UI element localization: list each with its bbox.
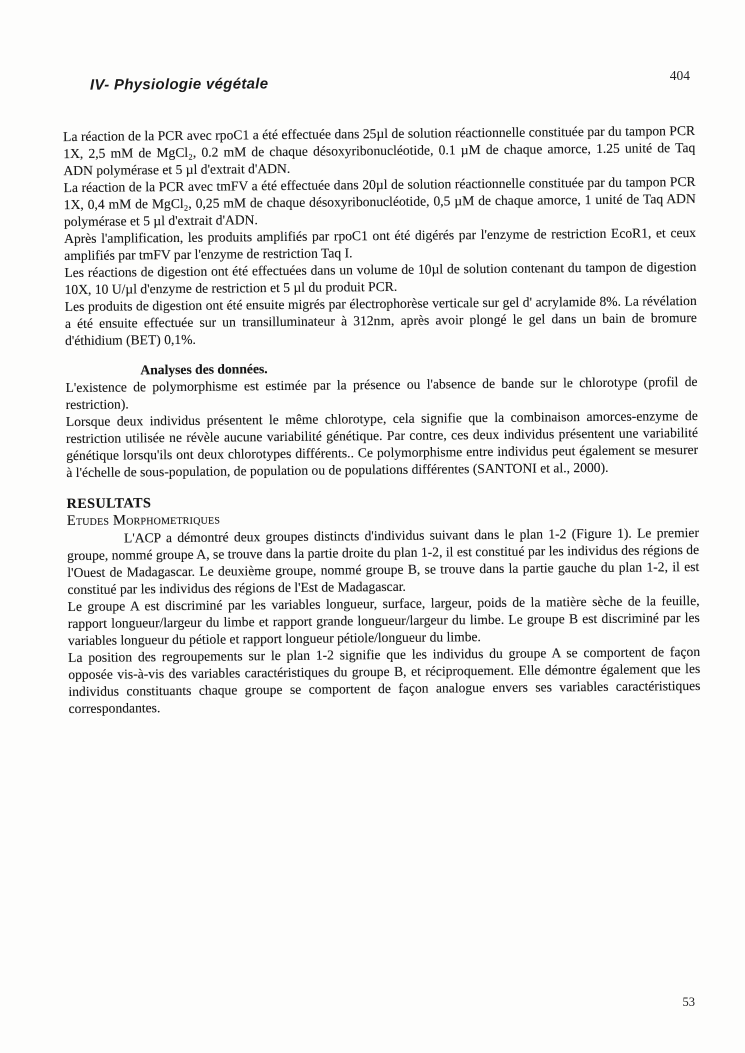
paragraph-pcr-tmfv: La réaction de la PCR avec tmFV a été ef… bbox=[64, 173, 696, 230]
paragraph-pcr-rpoc1: La réaction de la PCR avec rpoC1 a été e… bbox=[63, 122, 695, 179]
page-number-bottom: 53 bbox=[683, 995, 696, 1010]
body-text-block: La réaction de la PCR avec rpoC1 a été e… bbox=[63, 122, 701, 717]
paragraph-electrophorese: Les produits de digestion ont été ensuit… bbox=[65, 292, 697, 349]
page-number-top: 404 bbox=[670, 68, 690, 84]
paragraph-groupe-discrimination: Le groupe A est discriminé par les varia… bbox=[68, 592, 700, 649]
section-running-head: IV- Physiologie végétale bbox=[90, 75, 268, 93]
paragraph-position-regroupements: La position des regroupements sur le pla… bbox=[68, 643, 701, 717]
paragraph-acp-groupes: L'ACP a démontré deux groupes distincts … bbox=[67, 524, 700, 598]
paragraph-chlorotype-variabilite: Lorsque deux individus présentent le mêm… bbox=[66, 407, 699, 481]
scanned-document-page: IV- Physiologie végétale 404 La réaction… bbox=[0, 0, 745, 1053]
